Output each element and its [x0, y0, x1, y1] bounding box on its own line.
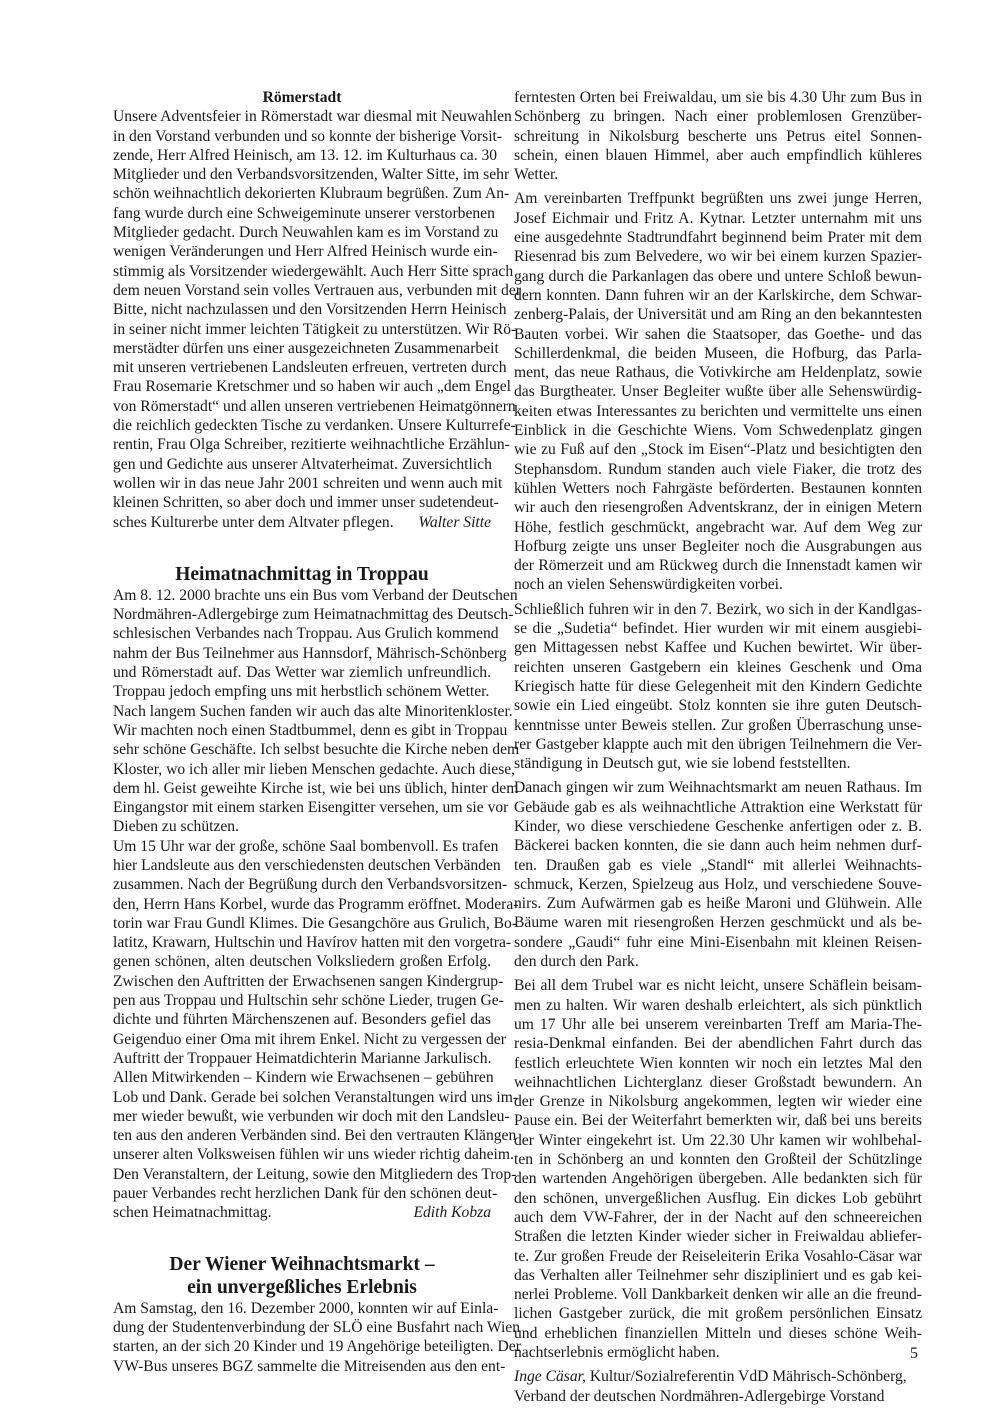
article-text-line: Bauten vorbei. Wir sahen die Staatsoper,…: [514, 325, 922, 344]
article-text-line: torin war Frau Gundl Klimes. Die Gesangc…: [113, 914, 491, 933]
article-text-line: um 17 Uhr alle bei unserem vereinbarten …: [514, 1015, 922, 1034]
article-title: Heimatnachmittag in Troppau: [113, 563, 491, 586]
article-text-line: Frau Rosemarie Kretschmer und so haben w…: [113, 377, 491, 396]
article-text-line: nirs. Zum Aufwärmen gab es heiße Maroni …: [514, 894, 922, 913]
article-text-line: der Römerzeit und am Rückweg durch die I…: [514, 556, 922, 575]
article-text-line: von Römerstadt“ und allen unseren vertri…: [113, 397, 491, 416]
signature-line-2: Verband der deutschen Nordmähren-Adlerge…: [514, 1387, 922, 1406]
article-text-line: auch dem VW-Fahrer, der in der Nacht auf…: [514, 1208, 922, 1227]
article-text-line: ten in Schönberg an und konnten den Groß…: [514, 1150, 922, 1169]
article-text-line: lichen Gastgeber zurück, die mit großem …: [514, 1304, 922, 1323]
closing-line: sches Kulturerbe unter dem Altvater pfle…: [113, 513, 491, 532]
article-text-line: Bäume waren mit riesengroßen Herzen gesc…: [514, 913, 922, 932]
article-text-line: ten aus den anderen Verbänden sind. Bei …: [113, 1126, 491, 1145]
closing-line: schen Heimatnachmittag.Edith Kobza: [113, 1203, 491, 1222]
article-text-line: Troppau jedoch empfing uns mit herbstlic…: [113, 682, 491, 701]
article-text-line: die reichlich gedeckten Tische zu verdan…: [113, 416, 491, 435]
article-text-line: Einblick in die Geschichte Wiens. Vom Sc…: [514, 421, 922, 440]
article-text-line: festlich erleuchtete Wien konnten wir no…: [514, 1054, 922, 1073]
article-text-line: in seiner nicht immer leichten Tätigkeit…: [113, 320, 491, 339]
article-title-line-2: ein unvergeßliches Erlebnis: [113, 1276, 491, 1299]
article-text-line: der Grenze in Nikolsburg angekommen, leg…: [514, 1092, 922, 1111]
article-text-line: zende, Herr Alfred Heinisch, am 13. 12. …: [113, 146, 491, 165]
article-text-line: starten, an der sich 20 Kinder und 19 An…: [113, 1337, 491, 1356]
article-text-line: Den Veranstaltern, der Leitung, sowie de…: [113, 1165, 491, 1184]
article-text-line: schmuck, Kerzen, Spielzeug aus Holz, und…: [514, 875, 922, 894]
article-text-line: ten. Draußen gab es viele „Standl“ mit a…: [514, 856, 922, 875]
article-text-line: Allen Mitwirkenden – Kindern wie Erwachs…: [113, 1068, 491, 1087]
article-text-line: das Verhalten aller Teilnehmer sehr disz…: [514, 1266, 922, 1285]
article-text-line: schreitung in Nikolsburg bescherte uns P…: [514, 127, 922, 146]
article-text-line: den wartenden Angehörigen übergeben. All…: [514, 1169, 922, 1188]
article-text-line: weihnachtlichen Lichterglanz dieser Groß…: [514, 1073, 922, 1092]
article-text-line: ment, das neue Rathaus, die Votivkirche …: [514, 363, 922, 382]
article-wiener-weihnachtsmarkt: Der Wiener Weihnachtsmarkt – ein unverge…: [113, 1253, 491, 1376]
article-text-line: Höhe, festlich geschmückt, angebracht wa…: [514, 518, 922, 537]
article-text-line: Danach gingen wir zum Weihnachtsmarkt am…: [514, 778, 922, 797]
article-text-line: kleinen Schritten, so aber doch und imme…: [113, 493, 491, 512]
article-text-line: gen Mittagessen nebst Kaffee und Kuchen …: [514, 638, 922, 657]
article-text-line: sondere „Gaudi“ fuhr eine Mini-Eisenbahn…: [514, 933, 922, 952]
article-text-line: Hofburg zeigte uns unser Begleiter noch …: [514, 537, 922, 556]
article-text-line: dung der Studentenverbindung der SLÖ ein…: [113, 1318, 491, 1337]
author-signature: Edith Kobza: [413, 1203, 491, 1222]
article-text-line: latitz, Krawarn, Hultschin und Havírov h…: [113, 933, 491, 952]
article-text-line: den, Herrn Hans Korbel, wurde das Progra…: [113, 895, 491, 914]
article-text-line: stimmig als Vorsitzender wiedergewählt. …: [113, 262, 491, 281]
article-text-line: dem hl. Geist geweihte Kirche ist, wie b…: [113, 779, 491, 798]
article-text-line: mit unseren vertriebenen Landsleuten erf…: [113, 358, 491, 377]
article-text-line: Nach langem Suchen fanden wir auch das a…: [113, 702, 491, 721]
article-text-line: zenberg-Palais, der Universität und am R…: [514, 305, 922, 324]
article-text-line: Eingangstor mit einem starken Eisengitte…: [113, 798, 491, 817]
article-text-line: reichten unseren Gastgebern ein kleines …: [514, 658, 922, 677]
article-text-line: das Burgtheater. Unser Begleiter wußte ü…: [514, 382, 922, 401]
article-text-line: Geigenduo einer Oma mit ihrem Enkel. Nic…: [113, 1030, 491, 1049]
article-text-line: Bei all dem Trubel war es nicht leicht, …: [514, 976, 922, 995]
article-text-line: wenigen Veränderungen und Herr Alfred He…: [113, 242, 491, 261]
article-text-line: mer wieder bewußt, wie verbunden wir doc…: [113, 1107, 491, 1126]
author-role: Kultur/Sozialreferentin VdD Mährisch-Sch…: [586, 1368, 907, 1385]
article-text-line: kühlen Wetters noch Fahrgäste beförderte…: [514, 479, 922, 498]
author-signature: Inge Cäsar,: [514, 1368, 586, 1385]
article-body: Unsere Adventsfeier in Römerstadt war di…: [113, 107, 491, 512]
article-text-line: Pause ein. Bei der Weiterfahrt bemerkten…: [514, 1111, 922, 1130]
article-text-line: Nordmähren-Adlergebirge zum Heimatnachmi…: [113, 605, 491, 624]
article-text-line: Bäckerei backen konnten, die sie dann au…: [514, 836, 922, 855]
article-text-line: ständigung in Deutsch gut, wie sie loben…: [514, 754, 922, 773]
article-text-line: merstädter dürfen uns einer ausgezeichne…: [113, 339, 491, 358]
article-text-line: sches Kulturerbe unter dem Altvater pfle…: [113, 513, 394, 532]
article-text-line: sehr schöne Geschäfte. Ich selbst besuch…: [113, 740, 491, 759]
article-text-line: nerlei Probleme. Voll Dankbarkeit denken…: [514, 1285, 922, 1304]
page-number: 5: [910, 1345, 918, 1363]
article-text-line: Um 15 Uhr war der große, schöne Saal bom…: [113, 837, 491, 856]
article-text-line: gen und Gedichte aus unserer Altvaterhei…: [113, 455, 491, 474]
article-text-line: zusammen. Nach der Begrüßung durch den V…: [113, 875, 491, 894]
article-text-line: pen aus Troppau und Hultschin sehr schön…: [113, 991, 491, 1010]
article-text-line: rer Gastgeber klappte auch mit den übrig…: [514, 735, 922, 754]
author-signature: Walter Sitte: [418, 513, 491, 532]
article-text-line: Schillerdenkmal, die beiden Museen, die …: [514, 344, 922, 363]
article-text-line: schein, einen blauen Himmel, aber auch e…: [514, 146, 922, 165]
article-text-line: den durch den Park.: [514, 952, 922, 971]
article-text-line: Mitglieder und den Verbandsvorsitzenden,…: [113, 165, 491, 184]
article-title-line-1: Der Wiener Weihnachtsmarkt –: [113, 1253, 491, 1276]
article-text-line: unserer alten Volksweisen fühlen wir uns…: [113, 1145, 491, 1164]
article-text-line: nachtserlebnis ermöglicht haben.: [514, 1343, 922, 1362]
article-text-line: rentin, Frau Olga Schreiber, rezitierte …: [113, 435, 491, 454]
article-text-line: Auftritt der Troppauer Heimatdichterin M…: [113, 1049, 491, 1068]
article-text-line: Wir machten noch einen Stadtbummel, denn…: [113, 721, 491, 740]
article-text-line: Riesenrad bis zum Belvedere, wo wir bei …: [514, 247, 922, 266]
article-text-line: Am Samstag, den 16. Dezember 2000, konnt…: [113, 1299, 491, 1318]
article-text-line: und erheblichen finanziellen Mitteln und…: [514, 1324, 922, 1343]
article-text-line: und Römerstadt auf. Das Wetter war zieml…: [113, 663, 491, 682]
article-text-line: eine ausgedehnte Stadtrundfahrt beginnen…: [514, 228, 922, 247]
article-text-line: wir auch den riesengroßen Adventskranz, …: [514, 498, 922, 517]
article-text-line: fang wurde durch eine Schweigeminute uns…: [113, 204, 491, 223]
signature-line-1: Inge Cäsar, Kultur/Sozialreferentin VdD …: [514, 1367, 922, 1386]
article-text-line: Gebäude gab es als weihnachtliche Attrak…: [514, 798, 922, 817]
article-text-line: wollen wir in das neue Jahr 2001 schreit…: [113, 474, 491, 493]
article-text-line: Josef Eichmair und Fritz A. Kytnar. Letz…: [514, 209, 922, 228]
article-text-line: Dieben zu schützen.: [113, 817, 491, 836]
article-body: Am Samstag, den 16. Dezember 2000, konnt…: [113, 1299, 491, 1376]
article-title: Römerstadt: [113, 88, 491, 107]
article-text-line: dern konnten. Dann fuhren wir an der Kar…: [514, 286, 922, 305]
right-column: ferntesten Orten bei Freiwaldau, um sie …: [514, 88, 922, 1406]
article-text-line: gang durch die Parkanlagen das obere und…: [514, 267, 922, 286]
article-text-line: Am vereinbarten Treffpunkt begrüßten uns…: [514, 189, 922, 208]
article-text-line: dichte und führten Märchenszenen auf. Be…: [113, 1010, 491, 1029]
article-text-line: in den Vorstand verbunden und so konnte …: [113, 127, 491, 146]
article-text-line: Straßen die letzten Kinder wieder sicher…: [514, 1227, 922, 1246]
article-text-line: Stephansdom. Rundum standen auch viele F…: [514, 460, 922, 479]
article-text-line: te. Zur großen Freude der Reiseleiterin …: [514, 1247, 922, 1266]
article-heimatnachmittag: Heimatnachmittag in Troppau Am 8. 12. 20…: [113, 563, 491, 1223]
article-text-line: VW-Bus unseres BGZ sammelte die Mitreise…: [113, 1357, 491, 1376]
article-text-line: Schließlich fuhren wir in den 7. Bezirk,…: [514, 600, 922, 619]
article-text-line: se die „Sudetia“ befindet. Hier wurden w…: [514, 619, 922, 638]
article-text-line: schlesischen Verbandes nach Troppau. Aus…: [113, 624, 491, 643]
article-text-line: pauer Verbandes recht herzlichen Dank fü…: [113, 1184, 491, 1203]
article-text-line: genen schönen, alten deutschen Volkslied…: [113, 952, 491, 971]
article-text-line: ferntesten Orten bei Freiwaldau, um sie …: [514, 88, 922, 107]
article-text-line: Wetter.: [514, 165, 922, 184]
article-text-line: der Winter eingekehrt ist. Um 22.30 Uhr …: [514, 1131, 922, 1150]
article-text-line: Am 8. 12. 2000 brachte uns ein Bus vom V…: [113, 586, 491, 605]
article-text-line: schen Heimatnachmittag.: [113, 1203, 271, 1222]
article-text-line: schön weihnachtlich dekorierten Klubraum…: [113, 184, 491, 203]
article-text-line: Schönberg zu bringen. Nach einer problem…: [514, 107, 922, 126]
article-text-line: sowie ein Lied eingeübt. Stolz konnten s…: [514, 696, 922, 715]
article-text-line: Mitglieder gedacht. Durch Neuwahlen kam …: [113, 223, 491, 242]
article-text-line: Bitte, nicht nachzulassen und den Vorsit…: [113, 300, 491, 319]
article-text-line: noch an vielen Sehenswürdigkeiten vorbei…: [514, 575, 922, 594]
article-text-line: Kriegisch hatte für diese Gelegenheit mi…: [514, 677, 922, 696]
article-text-line: hier Landsleute aus den verschiedensten …: [113, 856, 491, 875]
article-text-line: nahm der Bus Teilnehmer aus Hannsdorf, M…: [113, 644, 491, 663]
article-text-line: Zwischen den Auftritten der Erwachsenen …: [113, 972, 491, 991]
article-text-line: keiten etwas Interessantes zu berichten …: [514, 402, 922, 421]
article-body: Am 8. 12. 2000 brachte uns ein Bus vom V…: [113, 586, 491, 1223]
article-text-line: wie zu Fuß auf den „Stock im Eisen“-Plat…: [514, 440, 922, 459]
article-text-line: dem neuen Vorstand sein volles Vertrauen…: [113, 281, 491, 300]
article-body-continued: ferntesten Orten bei Freiwaldau, um sie …: [514, 88, 922, 1362]
article-roemerstadt: Römerstadt Unsere Adventsfeier in Römers…: [113, 88, 491, 532]
article-text-line: Lob und Dank. Gerade bei solchen Veranst…: [113, 1088, 491, 1107]
article-text-line: Kinder, wo diese verschiedene Geschenke …: [514, 817, 922, 836]
article-text-line: kenntnisse unter Beweis stellen. Zur gro…: [514, 716, 922, 735]
article-text-line: den schönen, unvergeßlichen Ausflug. Ein…: [514, 1189, 922, 1208]
article-text-line: men zu halten. Wir waren deshalb erleich…: [514, 996, 922, 1015]
article-text-line: Unsere Adventsfeier in Römerstadt war di…: [113, 107, 491, 126]
article-text-line: resia-Denkmal einfanden. Bei der abendli…: [514, 1034, 922, 1053]
left-column: Römerstadt Unsere Adventsfeier in Römers…: [113, 88, 491, 1376]
article-text-line: Kloster, wo ich aller mir lieben Mensche…: [113, 760, 491, 779]
